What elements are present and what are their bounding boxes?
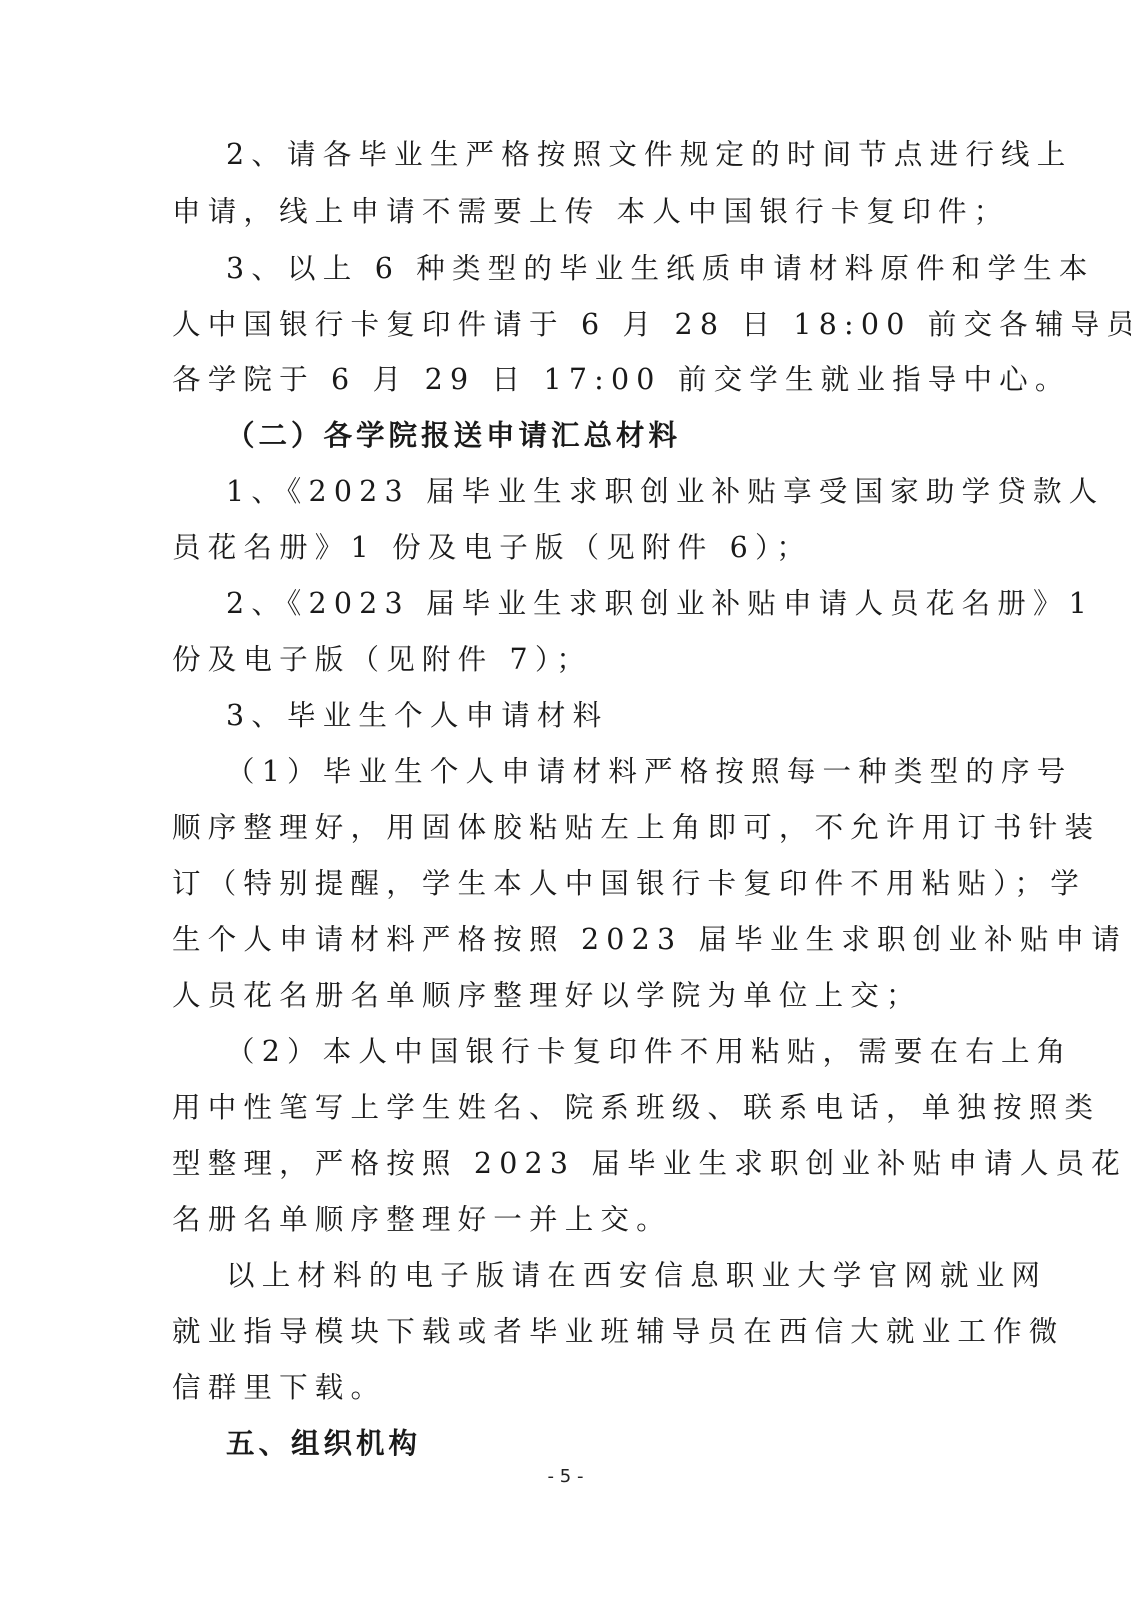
- paragraph-line: 人中国银行卡复印件请于 6 月 28 日 18:00 前交各辅导员，: [172, 305, 932, 345]
- paragraph-line: 3、毕业生个人申请材料: [226, 696, 986, 736]
- paragraph-line: 订（特别提醒，学生本人中国银行卡复印件不用粘贴）；学: [172, 864, 932, 904]
- page-number: - 5 -: [0, 1466, 1131, 1487]
- paragraph-line: 1、《2023 届毕业生求职创业补贴享受国家助学贷款人: [226, 472, 986, 512]
- paragraph-line: 生个人申请材料严格按照 2023 届毕业生求职创业补贴申请: [172, 920, 932, 960]
- paragraph-line: 顺序整理好，用固体胶粘贴左上角即可，不允许用订书针装: [172, 808, 932, 848]
- document-page: - 5 - 2、请各毕业生严格按照文件规定的时间节点进行线上申请，线上申请不需要…: [0, 0, 1131, 1600]
- paragraph-line: 份及电子版（见附件 7）；: [172, 640, 932, 680]
- section-heading: （二）各学院报送申请汇总材料: [226, 416, 986, 456]
- paragraph-line: 各学院于 6 月 29 日 17:00 前交学生就业指导中心。: [172, 360, 932, 400]
- paragraph-line: 3、以上 6 种类型的毕业生纸质申请材料原件和学生本: [226, 249, 986, 289]
- paragraph-line: 名册名单顺序整理好一并上交。: [172, 1200, 932, 1240]
- paragraph-line: 2、请各毕业生严格按照文件规定的时间节点进行线上: [226, 135, 986, 175]
- paragraph-line: 用中性笔写上学生姓名、院系班级、联系电话，单独按照类: [172, 1088, 932, 1128]
- section-heading: 五、组织机构: [226, 1424, 986, 1464]
- paragraph-line: 信群里下载。: [172, 1368, 932, 1408]
- paragraph-line: 2、《2023 届毕业生求职创业补贴申请人员花名册》1: [226, 584, 986, 624]
- paragraph-line: 人员花名册名单顺序整理好以学院为单位上交；: [172, 976, 932, 1016]
- paragraph-line: 以上材料的电子版请在西安信息职业大学官网就业网: [226, 1256, 986, 1296]
- paragraph-line: 员花名册》1 份及电子版（见附件 6）；: [172, 528, 932, 568]
- paragraph-line: （2）本人中国银行卡复印件不用粘贴，需要在右上角: [226, 1032, 986, 1072]
- paragraph-line: 型整理，严格按照 2023 届毕业生求职创业补贴申请人员花: [172, 1144, 932, 1184]
- paragraph-line: 申请，线上申请不需要上传 本人中国银行卡复印件；: [172, 192, 932, 232]
- paragraph-line: （1）毕业生个人申请材料严格按照每一种类型的序号: [226, 752, 986, 792]
- paragraph-line: 就业指导模块下载或者毕业班辅导员在西信大就业工作微: [172, 1312, 932, 1352]
